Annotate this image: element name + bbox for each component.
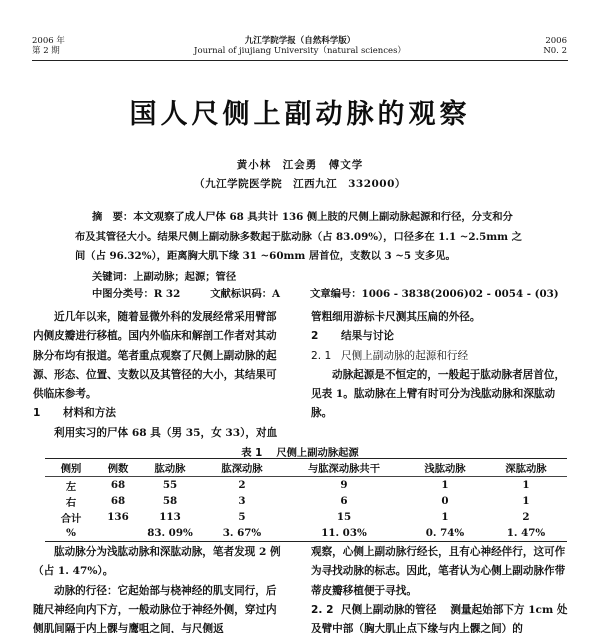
- section-2-2: 2. 2尺侧上副动脉的管径测量起始部下方 1cm 处及臂中部（胸大肌止点下缘与内…: [311, 601, 569, 633]
- table-cell: [97, 525, 139, 542]
- header-divider: [32, 60, 568, 61]
- table-cell: %: [45, 525, 97, 542]
- table-header-cell: 与肱深动脉共干: [283, 459, 405, 477]
- intro-paragraph: 近几年以来，随着显微外科的发展经常采用臂部内侧皮瓣进行移植。国内外临床和解剖工作…: [33, 308, 286, 404]
- table-header-cell: 肱动脉: [139, 459, 201, 477]
- course-paragraph: 动脉的行径：它起始部与桡神经的肌支同行，后随尺神经向内下方，一般动脉位于神经外侧…: [33, 582, 286, 633]
- table-cell: 55: [139, 477, 201, 494]
- table-1: 侧别 例数 肱动脉 肱深动脉 与肱深动脉共干 浅肱动脉 深肱动脉 左 68 55…: [45, 458, 567, 542]
- table-row: 右 68 58 3 6 0 1: [45, 493, 567, 509]
- section-2-number: 2: [311, 327, 341, 346]
- methods-paragraph: 利用实习的尸体 68 具（男 35，女 33），对血: [33, 424, 286, 443]
- header-year-right: 2006: [543, 36, 567, 46]
- header-issue-right: N0. 2: [543, 46, 567, 56]
- body-column-right: 管粗细用游标卡尺测其压扁的外径。 2结果与讨论 2. 1尺侧上副动脉的起源和行经…: [311, 308, 569, 424]
- section-1-title: 材料和方法: [63, 407, 116, 419]
- table-header-cell: 浅肱动脉: [405, 459, 485, 477]
- table-cell: 15: [283, 509, 405, 525]
- table-header-cell: 肱深动脉: [201, 459, 283, 477]
- table-row: 合计 136 113 5 15 1 2: [45, 509, 567, 525]
- doc-code-label: 文献标识码：: [210, 288, 272, 300]
- section-1-heading: 1材料和方法: [33, 404, 286, 423]
- table-cell: 58: [139, 493, 201, 509]
- clc-value: R 32: [154, 288, 180, 300]
- header-issue: 第 2 期: [32, 46, 65, 56]
- abstract-text: 本文观察了成人尸体 68 具共计 136 侧上肢的尺侧上副动脉起源和行径，分支和…: [75, 211, 522, 262]
- keywords-label: 关键词：: [92, 271, 133, 283]
- table-row: % 83. 09% 3. 67% 11. 03% 0. 74% 1. 47%: [45, 525, 567, 542]
- article-authors: 黄小林 江会勇 傅文学: [0, 157, 600, 172]
- section-2-2-title: 尺侧上副动脉的管径: [341, 604, 436, 616]
- section-2-1-number: 2. 1: [311, 347, 341, 366]
- table-cell: 11. 03%: [283, 525, 405, 542]
- section-2-title: 结果与讨论: [341, 330, 394, 342]
- running-header-left: 2006 年 第 2 期: [32, 36, 65, 56]
- article-no-label: 文章编号：: [310, 288, 361, 300]
- table-cell: 合计: [45, 509, 97, 525]
- clc-label: 中图分类号：: [92, 288, 154, 300]
- table-cell: 1: [405, 477, 485, 494]
- methods-continued: 管粗细用游标卡尺测其压扁的外径。: [311, 308, 569, 327]
- journal-name-cn: 九江学院学报（自然科学版）: [150, 36, 450, 46]
- section-2-1-title: 尺侧上副动脉的起源和行经: [341, 350, 468, 362]
- table-cell: 1: [485, 493, 567, 509]
- section-2-1-heading: 2. 1尺侧上副动脉的起源和行经: [311, 347, 569, 366]
- keywords: 关键词：上副动脉；起源；管径: [92, 268, 236, 283]
- running-header-right: 2006 N0. 2: [543, 36, 567, 56]
- table-1-caption: 表 1尺侧上副动脉起源: [0, 444, 600, 459]
- table-cell: 9: [283, 477, 405, 494]
- table-cell: 左: [45, 477, 97, 494]
- section-2-heading: 2结果与讨论: [311, 327, 569, 346]
- table-row: 左 68 55 2 9 1 1: [45, 477, 567, 494]
- origin-paragraph: 动脉起源是不恒定的，一般起于肱动脉者居首位，见表 1。肱动脉在上臂有时可分为浅肱…: [311, 366, 569, 424]
- table-cell: 1. 47%: [485, 525, 567, 542]
- body-column-right-lower: 观察，心侧上副动脉行经长，且有心神经伴行，这可作为寻找动脉的标志。因此，笔者认为…: [311, 543, 569, 633]
- table-cell: 5: [201, 509, 283, 525]
- table-cell: 3: [201, 493, 283, 509]
- table-cell: 1: [485, 477, 567, 494]
- body-column-left: 近几年以来，随着显微外科的发展经常采用臂部内侧皮瓣进行移植。国内外临床和解剖工作…: [33, 308, 286, 443]
- classification-line: 中图分类号：R 32 文献标识码：A 文章编号：1006 - 3838(2006…: [92, 285, 559, 300]
- table-cell: 6: [283, 493, 405, 509]
- observation-paragraph: 观察，心侧上副动脉行经长，且有心神经伴行，这可作为寻找动脉的标志。因此，笔者认为…: [311, 543, 569, 601]
- table-cell: 3. 67%: [201, 525, 283, 542]
- header-year: 2006 年: [32, 36, 65, 46]
- table-cell: 136: [97, 509, 139, 525]
- table-header-cell: 侧别: [45, 459, 97, 477]
- article-no-value: 1006 - 3838(2006)02 - 0054 - (03): [362, 288, 559, 300]
- table-cell: 113: [139, 509, 201, 525]
- article-title: 国人尺侧上副动脉的观察: [0, 92, 600, 131]
- table-cell: 0: [405, 493, 485, 509]
- abstract: 摘 要：本文观察了成人尸体 68 具共计 136 侧上肢的尺侧上副动脉起源和行径…: [75, 208, 523, 267]
- section-2-2-number: 2. 2: [311, 601, 341, 620]
- table-cell: 0. 74%: [405, 525, 485, 542]
- keywords-value: 上副动脉；起源；管径: [133, 271, 236, 283]
- brachial-split-paragraph: 肱动脉分为浅肱动脉和深肱动脉，笔者发现 2 例（占 1. 47%）。: [33, 543, 286, 582]
- running-header-center: 九江学院学报（自然科学版） Journal of jiujiang Univer…: [150, 36, 450, 56]
- table-cell: 68: [97, 493, 139, 509]
- body-column-left-lower: 肱动脉分为浅肱动脉和深肱动脉，笔者发现 2 例（占 1. 47%）。 动脉的行径…: [33, 543, 286, 633]
- abstract-label: 摘 要：: [92, 211, 133, 223]
- doc-code-value: A: [272, 288, 280, 300]
- table-cell: 2: [485, 509, 567, 525]
- table-header-cell: 深肱动脉: [485, 459, 567, 477]
- journal-name-en: Journal of jiujiang University（natural s…: [150, 46, 450, 56]
- table-cell: 右: [45, 493, 97, 509]
- table-cell: 1: [405, 509, 485, 525]
- article-affiliation: （九江学院医学院 江西九江 332000）: [0, 176, 600, 191]
- table-cell: 2: [201, 477, 283, 494]
- table-cell: 83. 09%: [139, 525, 201, 542]
- section-1-number: 1: [33, 404, 63, 423]
- table-header-row: 侧别 例数 肱动脉 肱深动脉 与肱深动脉共干 浅肱动脉 深肱动脉: [45, 459, 567, 477]
- table-cell: 68: [97, 477, 139, 494]
- table-header-cell: 例数: [97, 459, 139, 477]
